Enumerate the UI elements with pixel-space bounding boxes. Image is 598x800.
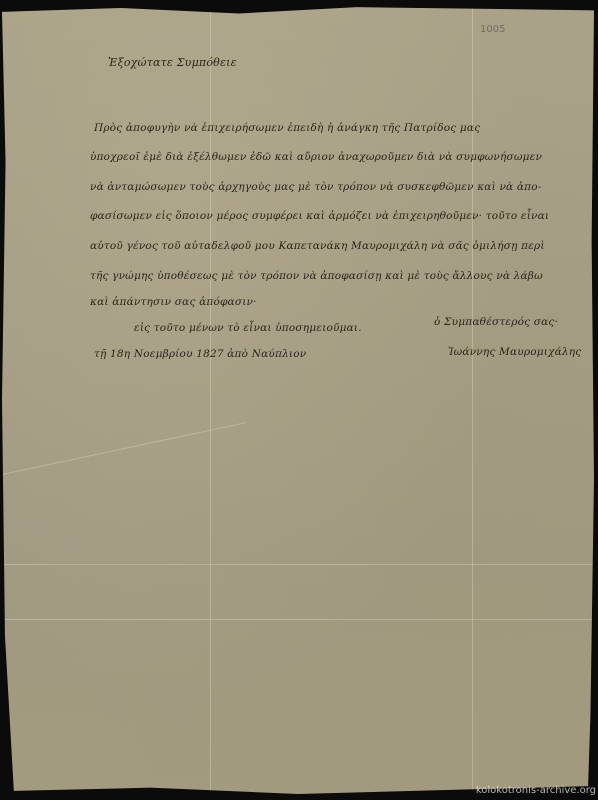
paper-fold-line	[2, 619, 594, 620]
closing-line: εἰς τοῦτο μένων τὸ εἶναι ὑποσημειοῦμαι.	[134, 322, 362, 334]
scan-border	[0, 0, 70, 4]
signature: Ἰωάννης Μαυρομιχάλης	[448, 346, 581, 358]
body-line: τῆς γνώμης ὑποθέσεως μὲ τὸν τρόπον νὰ ἀπ…	[90, 270, 543, 282]
paper-fold-line	[2, 564, 594, 565]
salutation: Ἐξοχώτατε Συμπόθειε	[108, 56, 237, 69]
body-line: νὰ ἀνταμώσωμεν τοὺς ἀρχηγοὺς μας μὲ τὸν …	[90, 181, 542, 193]
body-line: αὐτοῦ γένος τοῦ αὐταδελφοῦ μου Καπετανάκ…	[90, 240, 545, 252]
signature-label: ὁ Συμπαθέστερός σας·	[434, 316, 558, 328]
body-line: καὶ ἀπάντησιν σας ἀπόφασιν·	[90, 296, 257, 308]
archive-watermark: kolokotronis-archive.org	[476, 785, 596, 796]
manuscript-page: 1005 Ἐξοχώτατε Συμπόθειε Πρὸς ἀποφυγὴν ν…	[2, 4, 594, 794]
date-place: τῇ 18η Νοεμβρίου 1827 ἀπὸ Ναύπλιον	[94, 348, 306, 360]
body-line: Πρὸς ἀποφυγὴν νὰ ἐπιχειρήσωμεν ἐπειδὴ ἡ …	[94, 122, 480, 134]
body-line: φασίσωμεν εἰς ὅποιον μέρος συμφέρει καὶ …	[90, 210, 549, 222]
body-line: ὑποχρεοῖ ἐμὲ διὰ ἐξέλθωμεν ἐδῶ καὶ αὔριο…	[90, 151, 542, 163]
archive-number: 1005	[480, 24, 505, 35]
